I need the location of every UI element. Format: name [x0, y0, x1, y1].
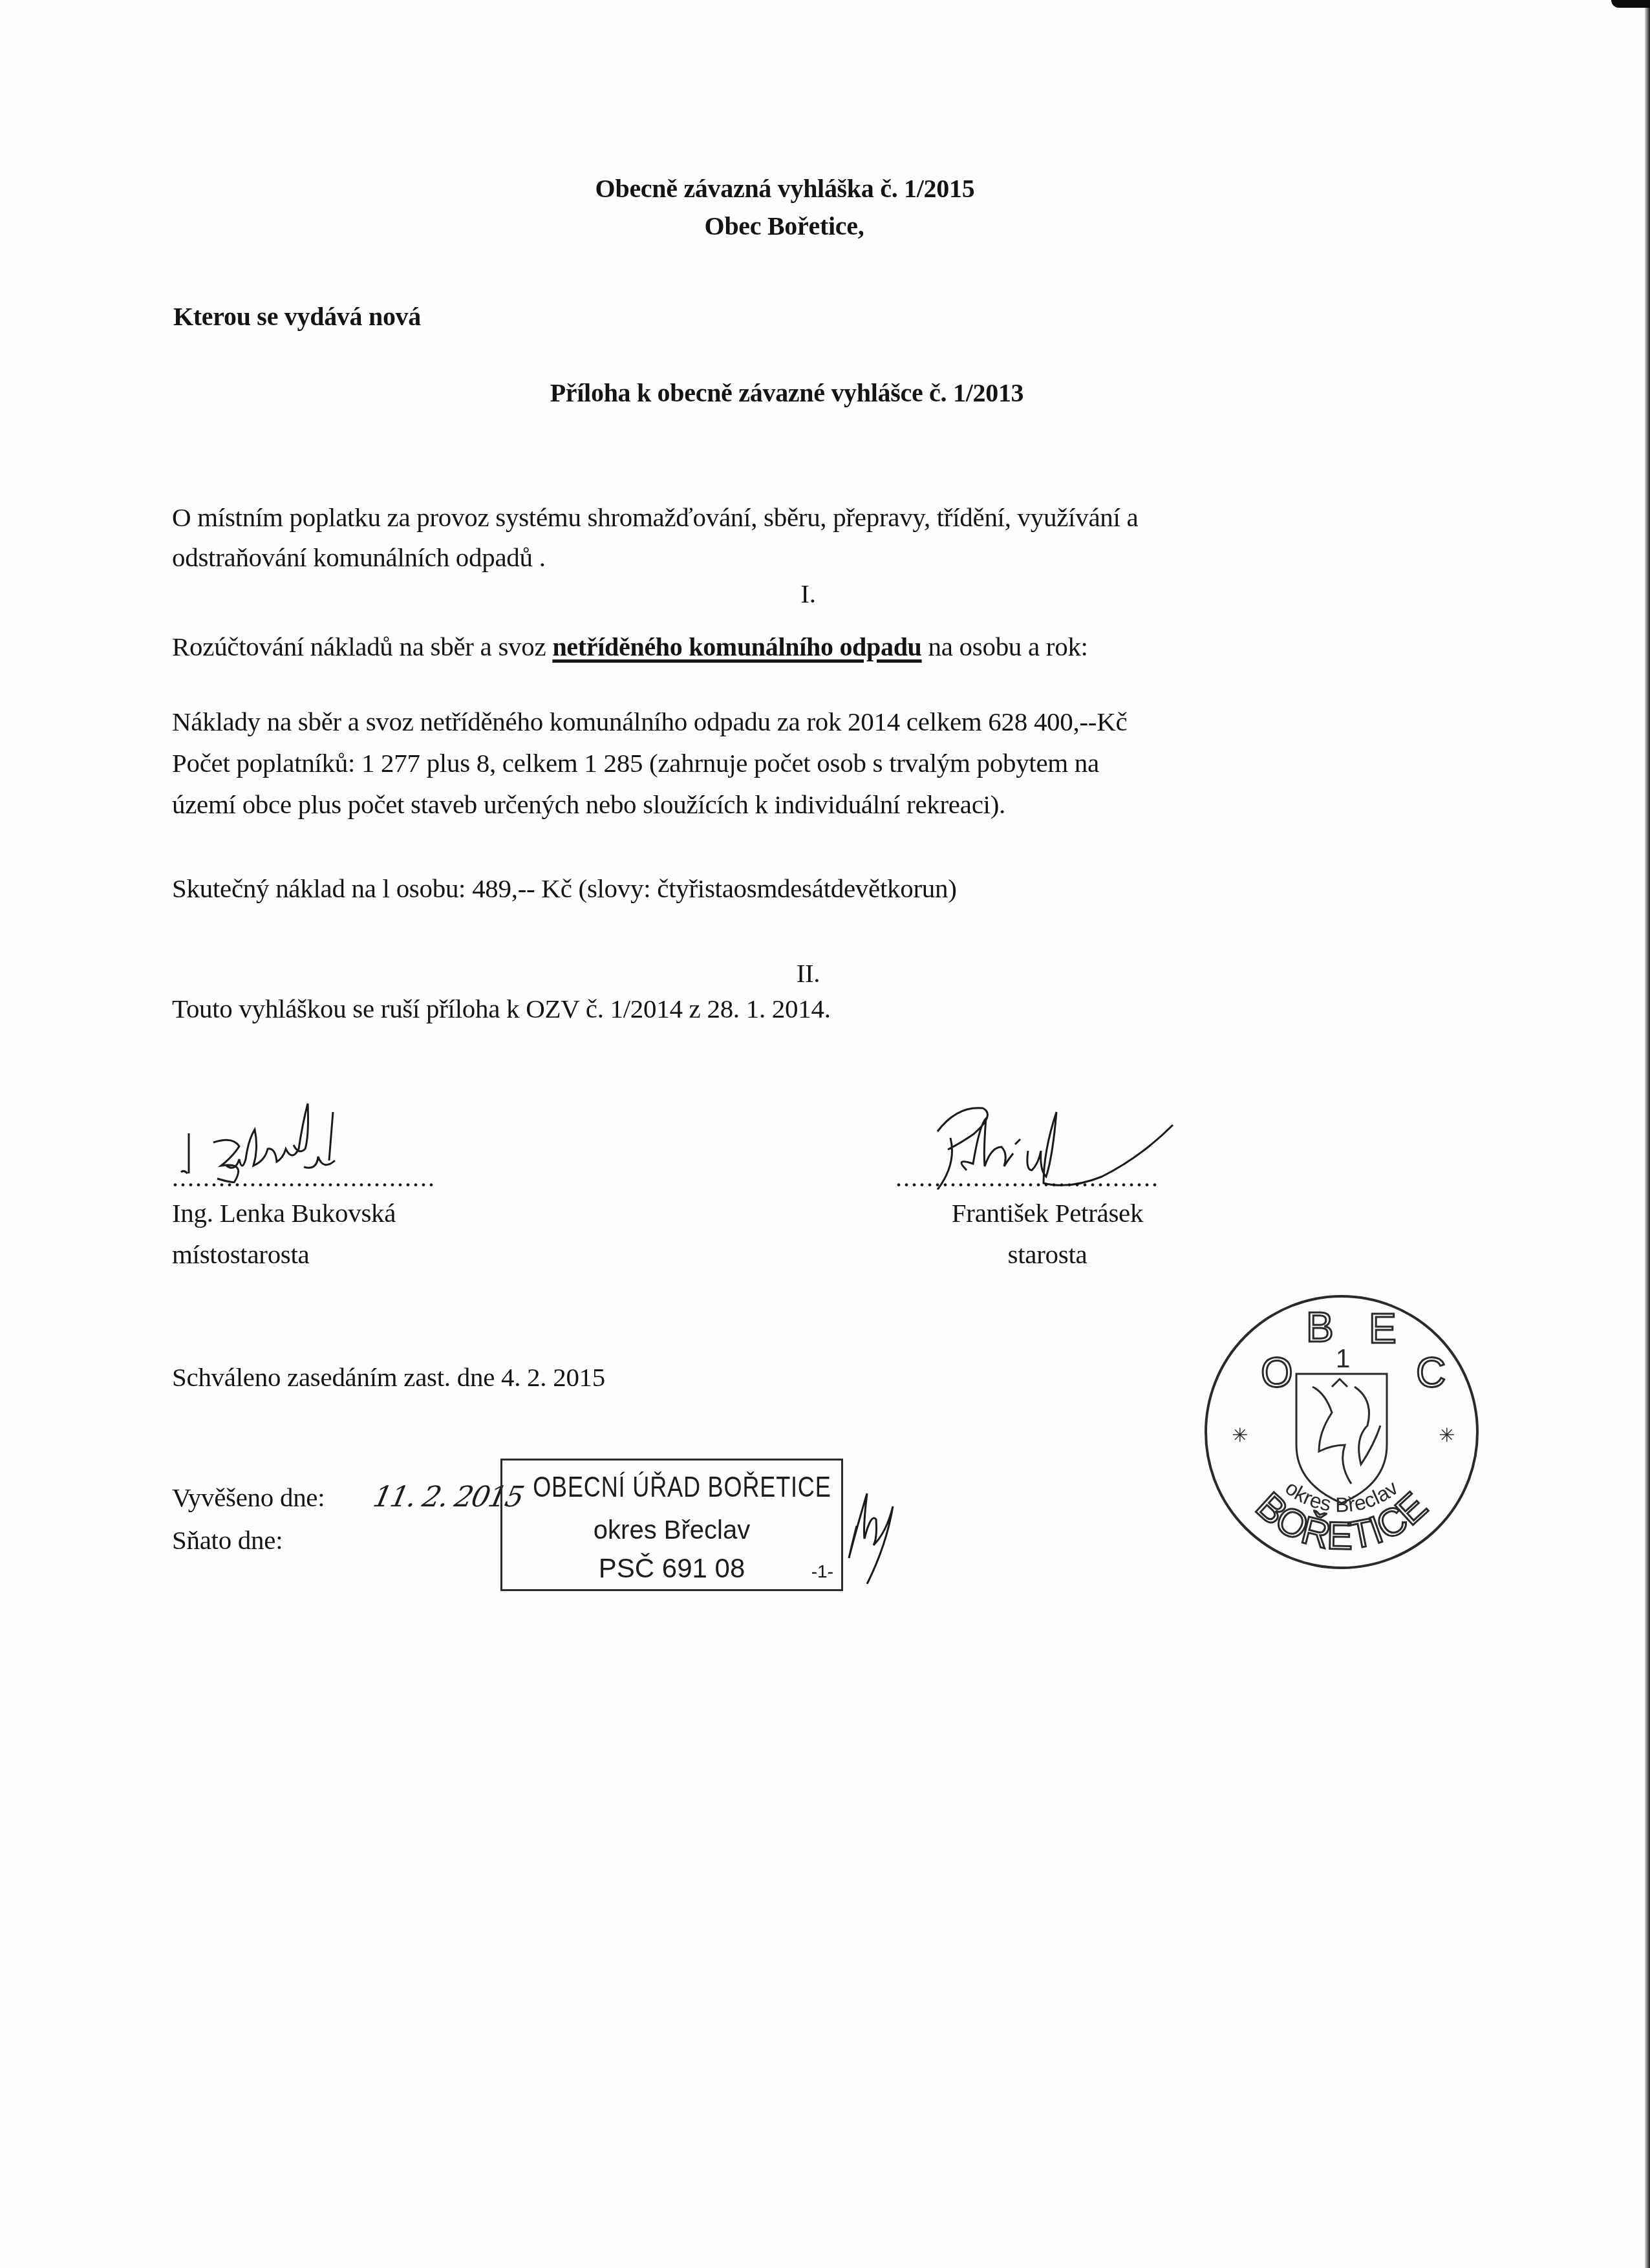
seal-letter-c: C — [1416, 1349, 1446, 1396]
heading-suffix: na osobu a rok: — [922, 632, 1088, 661]
svg-text:✳: ✳ — [1232, 1424, 1248, 1447]
section-2-numeral: II. — [797, 960, 820, 987]
heading-emphasis: netříděného komunálního odpadu — [552, 632, 921, 661]
svg-text:✳: ✳ — [1439, 1424, 1455, 1447]
stamp-office-name: OBECNÍ ÚŘAD BOŘETICE — [533, 1473, 811, 1502]
payers-line-2: území obce plus počet staveb určených ne… — [172, 791, 1005, 818]
scan-corner — [1611, 0, 1650, 8]
scan-edge — [1645, 0, 1650, 2268]
seal-number: 1 — [1336, 1345, 1350, 1373]
payers-line-1: Počet poplatníků: 1 277 plus 8, celkem 1… — [172, 750, 1099, 776]
coat-of-arms-shield — [1296, 1374, 1387, 1503]
stamp-postcode: PSČ 691 08 — [502, 1555, 841, 1582]
section-1-numeral: I. — [800, 581, 815, 607]
signatory-right-name: František Petrásek — [952, 1200, 1143, 1226]
seal-letter-b: B — [1306, 1304, 1334, 1351]
signatory-right-role: starosta — [1008, 1241, 1087, 1268]
stamp-initials-signature — [844, 1487, 908, 1584]
signature-line-right: .................................. — [895, 1165, 1159, 1191]
intro-line-1: O místním poplatku za provoz systému shr… — [172, 504, 1138, 531]
municipal-seal: O B E C 1 ✳ ✳ okres Břeclav BOŘETICE — [1199, 1290, 1484, 1574]
repeal-text: Touto vyhláškou se ruší příloha k OZV č.… — [172, 996, 831, 1022]
heading-prefix: Rozúčtování nákladů na sběr a svoz — [172, 632, 552, 661]
signature-line-left: .................................. — [172, 1165, 436, 1191]
costs-line: Náklady na sběr a svoz netříděného komun… — [172, 709, 1127, 735]
document-title: Obecně závazná vyhláška č. 1/2015 — [595, 176, 975, 202]
lion-icon — [1312, 1379, 1380, 1484]
approval-text: Schváleno zasedáním zast. dne 4. 2. 2015 — [172, 1364, 605, 1391]
annex-title: Příloha k obecně závazné vyhlášce č. 1/2… — [550, 380, 1024, 406]
stamp-number: -1- — [811, 1561, 833, 1582]
section-1-heading: Rozúčtování nákladů na sběr a svoz netří… — [172, 634, 1088, 660]
removed-label: Sňato dne: — [172, 1527, 283, 1554]
municipality-name: Obec Bořetice, — [705, 213, 864, 239]
seal-letter-o: O — [1261, 1349, 1293, 1396]
per-person-cost: Skutečný náklad na l osobu: 489,-- Kč (s… — [172, 875, 957, 902]
stamp-district: okres Břeclav — [502, 1517, 841, 1543]
signatory-left-role: místostarosta — [172, 1241, 309, 1268]
intro-line-2: odstraňování komunálních odpadů . — [172, 544, 546, 571]
office-stamp: OBECNÍ ÚŘAD BOŘETICE okres Břeclav PSČ 6… — [500, 1459, 843, 1591]
issuing-line: Kterou se vydává nová — [173, 304, 421, 330]
posted-label: Vyvěšeno dne: — [172, 1484, 325, 1511]
seal-letter-e: E — [1369, 1305, 1397, 1352]
signatory-left-name: Ing. Lenka Bukovská — [172, 1200, 396, 1226]
